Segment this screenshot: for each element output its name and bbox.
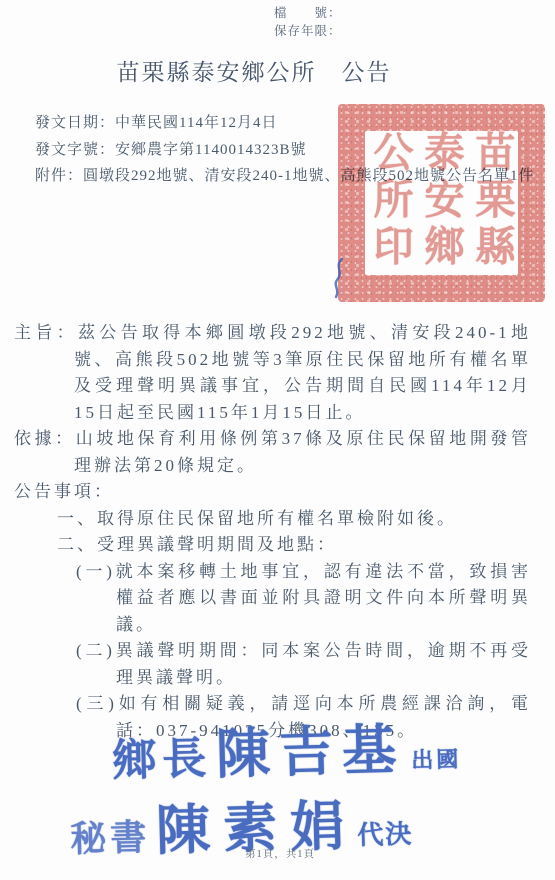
basis-paragraph: 依據：山坡地保育利用條例第37條及原住民保留地開發管理辦法第20條規定。 xyxy=(14,426,531,479)
subject-paragraph: 主旨：茲公告取得本鄉圓墩段292地號、清安段240-1地號、高熊段502地號等3… xyxy=(14,320,531,426)
sub-item-2-label: (二) xyxy=(76,641,115,660)
mayor-title: 鄉長 xyxy=(112,734,213,786)
mayor-absence-note: 出國 xyxy=(411,746,462,772)
announcement-body: 主旨：茲公告取得本鄉圓墩段292地號、清安段240-1地號、高熊段502地號等3… xyxy=(14,320,531,744)
items-header: 公告事項： xyxy=(14,479,531,506)
retention-period-label: 保存年限： xyxy=(274,22,342,40)
subject-text: 茲公告取得本鄉圓墩段292地號、清安段240-1地號、高熊段502地號等3筆原住… xyxy=(74,323,531,422)
seal-inner-face: 苗栗縣泰安鄉公所印 xyxy=(365,131,518,275)
official-red-seal-stamp: 苗栗縣泰安鄉公所印 xyxy=(338,104,545,302)
mayor-name: 陳吉基 xyxy=(215,720,406,785)
seal-script-text: 苗栗縣泰安鄉公所印 xyxy=(365,131,518,275)
item-1: 一、取得原住民保留地所有權名單檢附如後。 xyxy=(57,506,531,533)
handwritten-check-mark xyxy=(330,256,348,300)
basis-label: 依據： xyxy=(14,429,76,448)
sub-item-2-text: 異議聲明期間：同本案公告時間，逾期不再受理異議聲明。 xyxy=(115,641,531,687)
basis-text: 山坡地保育利用條例第37條及原住民保留地開發管理辦法第20條規定。 xyxy=(74,429,531,475)
subject-label: 主旨： xyxy=(14,323,78,342)
sub-item-3-label: (三) xyxy=(76,694,117,713)
item-2: 二、受理異議聲明期間及地點： xyxy=(57,532,531,559)
sub-item-2: (二)異議聲明期間：同本案公告時間，逾期不再受理異議聲明。 xyxy=(76,638,531,691)
file-number-block: 檔 號： 保存年限： xyxy=(274,4,342,40)
document-title: 苗栗縣泰安鄉公所 公告 xyxy=(0,54,508,87)
file-number-label: 檔 號： xyxy=(274,4,342,22)
sub-item-1-label: (一) xyxy=(76,562,115,581)
sub-item-1: (一)就本案移轉土地事宜，認有違法不當，致損害權益者應以書面並附具證明文件向本所… xyxy=(76,559,531,639)
announcement-document: 檔 號： 保存年限： 苗栗縣泰安鄉公所 公告 發文日期：中華民國114年12月4… xyxy=(0,0,555,880)
mayor-signature-stamp: 鄉長陳吉基出國 xyxy=(111,705,462,791)
sub-item-1-text: 就本案移轉土地事宜，認有違法不當，致損害權益者應以書面並附具證明文件向本所聲明異… xyxy=(115,562,531,634)
page-number: 第1頁，共1頁 xyxy=(0,846,555,861)
